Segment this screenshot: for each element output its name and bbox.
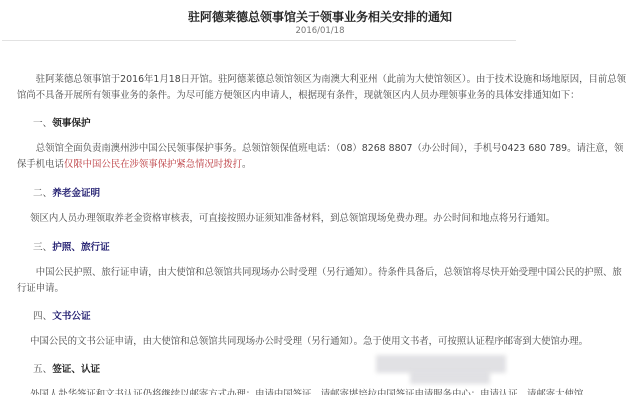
blurred-overlay-2 xyxy=(410,372,490,384)
section-paragraph-pension-certificate: 领区内人员办理领取养老金资格审核表，可直接按照办证须知准备材料，到总领馆现场免费… xyxy=(17,211,629,227)
intro-paragraph: 驻阿莱德总领事馆于2016年1月18日开馆。驻阿德莱德总领馆领区为南澳大利亚州（… xyxy=(17,72,629,104)
article-body: 驻阿莱德总领事馆于2016年1月18日开馆。驻阿德莱德总领馆领区为南澳大利亚州（… xyxy=(17,72,629,395)
article-title: 驻阿德莱德总领事馆关于领事业务相关安排的通知 xyxy=(0,8,640,25)
section-paragraph-consular-protection: 总领馆全面负责南澳州涉中国公民领事保护事务。总领馆领保值班电话：（08）8268… xyxy=(17,141,629,173)
section-heading-consular-protection: 一、领事保护 xyxy=(17,116,629,132)
section-title: 签证、认证 xyxy=(52,364,100,375)
blurred-overlay xyxy=(376,355,506,373)
article-date: 2016/01/18 xyxy=(0,26,640,36)
section-title: 养老金证明 xyxy=(52,188,100,199)
section-heading-pension-certificate: 二、养老金证明 xyxy=(17,186,629,202)
section-heading-notarization: 四、文书公证 xyxy=(17,309,629,325)
section-text-end: 。 xyxy=(242,159,251,170)
section-number: 四、 xyxy=(33,311,52,322)
section-number: 五、 xyxy=(33,364,52,375)
section-number: 二、 xyxy=(33,188,52,199)
section-title: 领事保护 xyxy=(52,118,90,129)
section-paragraph-visa: 外国人赴华签证和文书认证仍将继续以邮寄方式办理：申请中国签证，请邮寄堪培拉中国签… xyxy=(17,387,629,395)
section-heading-passport: 三、护照、旅行证 xyxy=(17,240,629,256)
section-title: 文书公证 xyxy=(52,311,90,322)
header-divider xyxy=(2,40,516,41)
section-heading-visa: 五、签证、认证 xyxy=(17,362,629,378)
section-number: 三、 xyxy=(33,242,52,253)
section-title: 护照、旅行证 xyxy=(52,242,110,253)
section-paragraph-passport: 中国公民护照、旅行证申请，由大使馆和总领馆共同现场办公时受理（另行通知）。待条件… xyxy=(17,265,629,297)
article-header: 驻阿德莱德总领事馆关于领事业务相关安排的通知 2016/01/18 xyxy=(0,0,640,40)
section-paragraph-notarization: 中国公民的文书公证申请，由大使馆和总领馆共同现场办公时受理（另行通知）。急于使用… xyxy=(17,334,629,350)
section-number: 一、 xyxy=(33,118,52,129)
highlighted-warning-text: 仅限中国公民在涉领事保护紧急情况时拨打 xyxy=(64,159,242,170)
